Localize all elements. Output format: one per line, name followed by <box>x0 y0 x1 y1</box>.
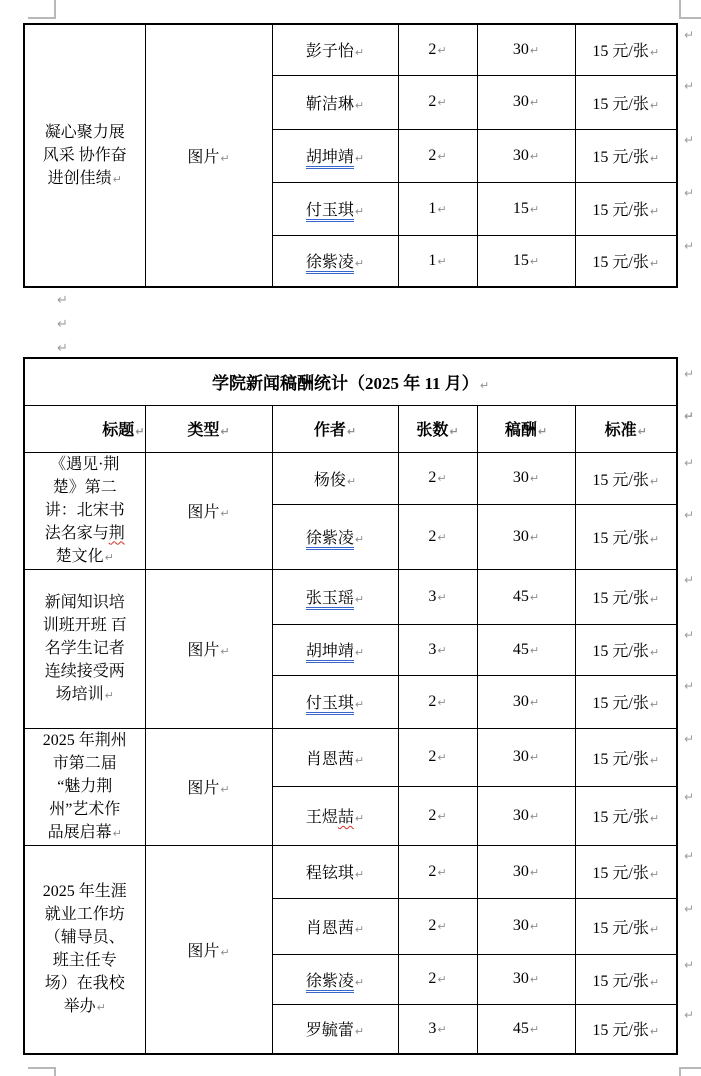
margin-corner-mark-top-right <box>679 0 701 19</box>
pilcrow-mark: ↵ <box>437 920 446 933</box>
count-cell: 2↵ <box>398 728 477 786</box>
pilcrow-mark: ↵ <box>347 475 356 488</box>
column-header-title: 标题↵ <box>24 405 145 452</box>
row-end-mark: ↵ <box>684 849 694 863</box>
pilcrow-mark: ↵ <box>530 810 539 823</box>
title-cell: 《遇见·荆 楚》第二 讲：北宋书 法名家与荆 楚文化↵ <box>24 452 145 569</box>
pilcrow-mark: ↵ <box>355 46 364 59</box>
grammar-underlined-name: 胡坤靖 <box>306 643 354 663</box>
title-line: 楚》第二 <box>25 476 145 499</box>
row-end-mark: ↵ <box>684 1008 694 1022</box>
pilcrow-mark: ↵ <box>437 44 446 57</box>
author-cell: 付玉琪↵ <box>272 182 398 235</box>
author-cell: 罗毓蕾↵ <box>272 1004 398 1054</box>
pilcrow-mark: ↵ <box>530 1023 539 1036</box>
row-end-mark: ↵ <box>684 79 694 93</box>
title-line: “魅力荆 <box>25 775 145 798</box>
grammar-underlined-name: 胡坤靖 <box>306 149 354 169</box>
pilcrow-mark: ↵ <box>650 923 659 936</box>
pilcrow-mark: ↵ <box>650 646 659 659</box>
count-cell: 2↵ <box>398 845 477 898</box>
title-line: 品展启幕↵ <box>25 821 145 845</box>
pilcrow-mark: ↵ <box>437 1023 446 1036</box>
pilcrow-mark: ↵ <box>650 533 659 546</box>
title-line: 名学生记者 <box>25 637 145 660</box>
pilcrow-mark: ↵ <box>530 973 539 986</box>
standard-cell: 15 元/张↵↵ <box>575 1004 677 1054</box>
title-line: 凝心聚力展 <box>25 121 145 144</box>
title-line: 风采 协作奋 <box>25 144 145 167</box>
title-line: 举办↵ <box>25 995 145 1019</box>
fee-cell: 30↵ <box>477 845 575 898</box>
fee-cell: 45↵ <box>477 624 575 675</box>
author-cell: 王煜喆↵ <box>272 786 398 845</box>
pilcrow-mark: ↵ <box>437 150 446 163</box>
pilcrow-mark: ↵ <box>530 696 539 709</box>
author-cell: 胡坤靖↵ <box>272 624 398 675</box>
standard-cell: 15 元/张↵↵ <box>575 569 677 624</box>
author-cell: 肖恩茜↵ <box>272 898 398 954</box>
row-end-mark: ↵ <box>684 409 694 423</box>
type-cell: 图片↵ <box>145 569 272 728</box>
fee-cell: 30↵ <box>477 75 575 129</box>
pilcrow-mark: ↵ <box>437 810 446 823</box>
pilcrow-mark: ↵ <box>530 751 539 764</box>
standard-cell: 15 元/张↵↵ <box>575 675 677 728</box>
title-line: 《遇见·荆 <box>25 453 145 476</box>
count-cell: 1↵ <box>398 235 477 287</box>
pilcrow-mark: ↵ <box>355 976 364 989</box>
title-line: 法名家与荆 <box>25 522 145 545</box>
pilcrow-mark: ↵ <box>650 205 659 218</box>
pilcrow-mark: ↵ <box>650 698 659 711</box>
grammar-underlined-name: 付玉琪 <box>306 202 354 222</box>
table-row: 《遇见·荆 楚》第二 讲：北宋书 法名家与荆 楚文化↵ 图片↵ 杨俊↵ 2↵ 3… <box>24 452 677 504</box>
count-cell: 2↵ <box>398 129 477 182</box>
fee-cell: 45↵ <box>477 1004 575 1054</box>
count-cell: 2↵ <box>398 452 477 504</box>
pilcrow-mark: ↵ <box>220 946 229 959</box>
row-end-mark: ↵ <box>684 628 694 642</box>
standard-cell: 15 元/张↵↵ <box>575 75 677 129</box>
type-cell: 图片↵ <box>145 24 272 287</box>
pilcrow-mark: ↵ <box>437 531 446 544</box>
standard-cell: 15 元/张↵↵ <box>575 235 677 287</box>
title-line: 场）在我校 <box>25 972 145 995</box>
pilcrow-mark: ↵ <box>650 152 659 165</box>
pilcrow-mark: ↵ <box>538 425 547 438</box>
fee-cell: 30↵ <box>477 786 575 845</box>
pilcrow-mark: ↵ <box>437 751 446 764</box>
pilcrow-mark: ↵ <box>650 257 659 270</box>
pilcrow-mark: ↵ <box>355 923 364 936</box>
table-row: 2025 年荆州 市第二届 “魅力荆 州”艺术作 品展启幕↵ 图片↵ 肖恩茜↵ … <box>24 728 677 786</box>
pilcrow-mark: ↵ <box>355 593 364 606</box>
row-end-mark: ↵ <box>684 790 694 804</box>
pilcrow-mark: ↵ <box>355 868 364 881</box>
pilcrow-mark: ↵ <box>650 593 659 606</box>
fee-cell: 30↵ <box>477 452 575 504</box>
fee-cell: 30↵ <box>477 675 575 728</box>
pilcrow-mark: ↵ <box>135 425 144 438</box>
table-row: 凝心聚力展 风采 协作奋 进创佳绩↵ 图片↵ 彭子怡↵ 2↵ 30↵ 15 元/… <box>24 24 677 75</box>
row-end-mark: ↵ <box>684 367 694 381</box>
fee-cell: 30↵ <box>477 728 575 786</box>
pilcrow-mark: ↵ <box>437 96 446 109</box>
author-cell: 靳洁琳↵ <box>272 75 398 129</box>
title-line: 训班开班 百 <box>25 614 145 637</box>
pilcrow-mark: ↵ <box>355 812 364 825</box>
pilcrow-mark: ↵ <box>530 472 539 485</box>
fee-cell: 30↵ <box>477 954 575 1004</box>
fee-cell: 30↵ <box>477 898 575 954</box>
pilcrow-mark: ↵ <box>650 1025 659 1038</box>
row-end-mark: ↵ <box>684 133 694 147</box>
count-cell: 2↵ <box>398 24 477 75</box>
count-cell: 3↵ <box>398 624 477 675</box>
fee-cell: 15↵ <box>477 182 575 235</box>
pilcrow-mark: ↵ <box>437 203 446 216</box>
pilcrow-mark: ↵ <box>355 698 364 711</box>
fee-cell: 30↵ <box>477 504 575 569</box>
type-cell: 图片↵ <box>145 452 272 569</box>
title-line: 进创佳绩↵ <box>25 167 145 191</box>
pilcrow-mark: ↵ <box>437 255 446 268</box>
empty-paragraph-mark: ↵ <box>57 293 68 308</box>
spellcheck-flagged-text: 喆 <box>338 809 354 826</box>
fee-cell: 30↵ <box>477 24 575 75</box>
pilcrow-mark: ↵ <box>347 425 356 438</box>
pilcrow-mark: ↵ <box>355 99 364 112</box>
title-cell: 凝心聚力展 风采 协作奋 进创佳绩↵ <box>24 24 145 287</box>
pilcrow-mark: ↵ <box>437 866 446 879</box>
standard-cell: 15 元/张↵↵ <box>575 954 677 1004</box>
pilcrow-mark: ↵ <box>220 645 229 658</box>
pilcrow-mark: ↵ <box>650 754 659 767</box>
standard-cell: 15 元/张↵↵ <box>575 898 677 954</box>
type-cell: 图片↵ <box>145 728 272 845</box>
standard-cell: 15 元/张↵↵ <box>575 24 677 75</box>
pilcrow-mark: ↵ <box>650 99 659 112</box>
pilcrow-mark: ↵ <box>355 257 364 270</box>
pilcrow-mark: ↵ <box>220 425 229 438</box>
type-cell: 图片↵ <box>145 845 272 1054</box>
pilcrow-mark: ↵ <box>437 973 446 986</box>
pilcrow-mark: ↵ <box>220 507 229 520</box>
pilcrow-mark: ↵ <box>530 920 539 933</box>
author-cell: 徐紫凌↵ <box>272 235 398 287</box>
pilcrow-mark: ↵ <box>437 591 446 604</box>
table-title-cell: 学院新闻稿酬统计（2025 年 11 月）↵↵ <box>24 358 677 405</box>
author-cell: 付玉琪↵ <box>272 675 398 728</box>
pilcrow-mark: ↵ <box>105 689 114 702</box>
pilcrow-mark: ↵ <box>355 152 364 165</box>
pilcrow-mark: ↵ <box>650 868 659 881</box>
pilcrow-mark: ↵ <box>530 203 539 216</box>
grammar-underlined-name: 徐紫凌 <box>306 530 354 550</box>
pilcrow-mark: ↵ <box>530 255 539 268</box>
pilcrow-mark: ↵ <box>355 205 364 218</box>
count-cell: 1↵ <box>398 182 477 235</box>
standard-cell: 15 元/张↵↵ <box>575 845 677 898</box>
pilcrow-mark: ↵ <box>650 976 659 989</box>
row-end-mark: ↵ <box>684 28 694 42</box>
grammar-underlined-name: 张玉瑶 <box>306 590 354 610</box>
empty-paragraph-mark: ↵ <box>57 317 68 332</box>
author-cell: 徐紫凌↵ <box>272 954 398 1004</box>
title-line: 班主任专 <box>25 949 145 972</box>
pilcrow-mark: ↵ <box>355 1025 364 1038</box>
count-cell: 2↵ <box>398 898 477 954</box>
title-line: 2025 年生涯 <box>25 880 145 903</box>
pilcrow-mark: ↵ <box>530 96 539 109</box>
pilcrow-mark: ↵ <box>530 44 539 57</box>
table-title-row: 学院新闻稿酬统计（2025 年 11 月）↵↵ <box>24 358 677 405</box>
column-header-standard: 标准↵↵ <box>575 405 677 452</box>
row-end-mark: ↵ <box>684 679 694 693</box>
title-cell: 2025 年荆州 市第二届 “魅力荆 州”艺术作 品展启幕↵ <box>24 728 145 845</box>
standard-cell: 15 元/张↵↵ <box>575 728 677 786</box>
payment-table-main: 学院新闻稿酬统计（2025 年 11 月）↵↵ 标题↵ 类型↵ 作者↵ 张数↵ … <box>23 357 678 1055</box>
title-line: 2025 年荆州 <box>25 729 145 752</box>
title-line: （辅导员、 <box>25 926 145 949</box>
title-line: 连续接受两 <box>25 660 145 683</box>
pilcrow-mark: ↵ <box>113 173 122 186</box>
author-cell: 程铉琪↵ <box>272 845 398 898</box>
grammar-underlined-name: 徐紫凌 <box>306 254 354 274</box>
title-line: 州”艺术作 <box>25 798 145 821</box>
count-cell: 3↵ <box>398 1004 477 1054</box>
count-cell: 2↵ <box>398 675 477 728</box>
pilcrow-mark: ↵ <box>220 152 229 165</box>
pilcrow-mark: ↵ <box>449 425 458 438</box>
pilcrow-mark: ↵ <box>355 646 364 659</box>
grammar-underlined-name: 付玉琪 <box>306 695 354 715</box>
column-header-author: 作者↵ <box>272 405 398 452</box>
standard-cell: 15 元/张↵↵ <box>575 624 677 675</box>
pilcrow-mark: ↵ <box>638 425 647 438</box>
grammar-underlined-name: 徐紫凌 <box>306 973 354 993</box>
standard-cell: 15 元/张↵↵ <box>575 129 677 182</box>
pilcrow-mark: ↵ <box>355 533 364 546</box>
pilcrow-mark: ↵ <box>480 379 489 392</box>
title-line: 新闻知识培 <box>25 591 145 614</box>
pilcrow-mark: ↵ <box>530 644 539 657</box>
pilcrow-mark: ↵ <box>650 812 659 825</box>
pilcrow-mark: ↵ <box>530 150 539 163</box>
table-row: 2025 年生涯 就业工作坊 （辅导员、 班主任专 场）在我校 举办↵ 图片↵ … <box>24 845 677 898</box>
title-line: 场培训↵ <box>25 683 145 707</box>
title-cell: 2025 年生涯 就业工作坊 （辅导员、 班主任专 场）在我校 举办↵ <box>24 845 145 1054</box>
fee-cell: 30↵ <box>477 129 575 182</box>
column-header-count: 张数↵ <box>398 405 477 452</box>
table-title: 学院新闻稿酬统计（2025 年 11 月） <box>212 374 479 393</box>
standard-cell: 15 元/张↵↵ <box>575 182 677 235</box>
spellcheck-flagged-text: 荆 <box>109 525 125 542</box>
pilcrow-mark: ↵ <box>437 696 446 709</box>
standard-cell: 15 元/张↵↵ <box>575 452 677 504</box>
pilcrow-mark: ↵ <box>650 46 659 59</box>
payment-table-continuation: 凝心聚力展 风采 协作奋 进创佳绩↵ 图片↵ 彭子怡↵ 2↵ 30↵ 15 元/… <box>23 23 678 288</box>
row-end-mark: ↵ <box>684 573 694 587</box>
author-cell: 肖恩茜↵ <box>272 728 398 786</box>
margin-corner-mark-bottom-right <box>679 1067 701 1076</box>
pilcrow-mark: ↵ <box>105 551 114 564</box>
fee-cell: 15↵ <box>477 235 575 287</box>
title-line: 市第二届 <box>25 752 145 775</box>
count-cell: 2↵ <box>398 504 477 569</box>
title-cell: 新闻知识培 训班开班 百 名学生记者 连续接受两 场培训↵ <box>24 569 145 728</box>
row-end-mark: ↵ <box>684 958 694 972</box>
pilcrow-mark: ↵ <box>437 644 446 657</box>
fee-cell: 45↵ <box>477 569 575 624</box>
margin-corner-mark-bottom-left <box>28 1067 56 1076</box>
author-cell: 彭子怡↵ <box>272 24 398 75</box>
pilcrow-mark: ↵ <box>97 1001 106 1014</box>
author-cell: 张玉瑶↵ <box>272 569 398 624</box>
table-header-row: 标题↵ 类型↵ 作者↵ 张数↵ 稿酬↵ 标准↵↵ <box>24 405 677 452</box>
pilcrow-mark: ↵ <box>530 591 539 604</box>
row-end-mark: ↵ <box>684 508 694 522</box>
empty-paragraph-mark: ↵ <box>57 341 68 356</box>
pilcrow-mark: ↵ <box>355 754 364 767</box>
author-cell: 徐紫凌↵ <box>272 504 398 569</box>
pilcrow-mark: ↵ <box>530 531 539 544</box>
pilcrow-mark: ↵ <box>530 866 539 879</box>
column-header-type: 类型↵ <box>145 405 272 452</box>
pilcrow-mark: ↵ <box>220 783 229 796</box>
count-cell: 2↵ <box>398 786 477 845</box>
count-cell: 2↵ <box>398 954 477 1004</box>
row-end-mark: ↵ <box>684 239 694 253</box>
table-row: 新闻知识培 训班开班 百 名学生记者 连续接受两 场培训↵ 图片↵ 张玉瑶↵ 3… <box>24 569 677 624</box>
margin-corner-mark-top-left <box>28 0 56 19</box>
title-line: 讲：北宋书 <box>25 499 145 522</box>
title-line: 楚文化↵ <box>25 545 145 569</box>
row-end-mark: ↵ <box>684 902 694 916</box>
row-end-mark: ↵ <box>684 732 694 746</box>
title-line: 就业工作坊 <box>25 903 145 926</box>
standard-cell: 15 元/张↵↵ <box>575 504 677 569</box>
column-header-fee: 稿酬↵ <box>477 405 575 452</box>
pilcrow-mark: ↵ <box>113 827 122 840</box>
row-end-mark: ↵ <box>684 456 694 470</box>
author-cell: 胡坤靖↵ <box>272 129 398 182</box>
author-cell: 杨俊↵ <box>272 452 398 504</box>
count-cell: 2↵ <box>398 75 477 129</box>
pilcrow-mark: ↵ <box>437 472 446 485</box>
row-end-mark: ↵ <box>684 186 694 200</box>
pilcrow-mark: ↵ <box>650 475 659 488</box>
standard-cell: 15 元/张↵↵ <box>575 786 677 845</box>
count-cell: 3↵ <box>398 569 477 624</box>
